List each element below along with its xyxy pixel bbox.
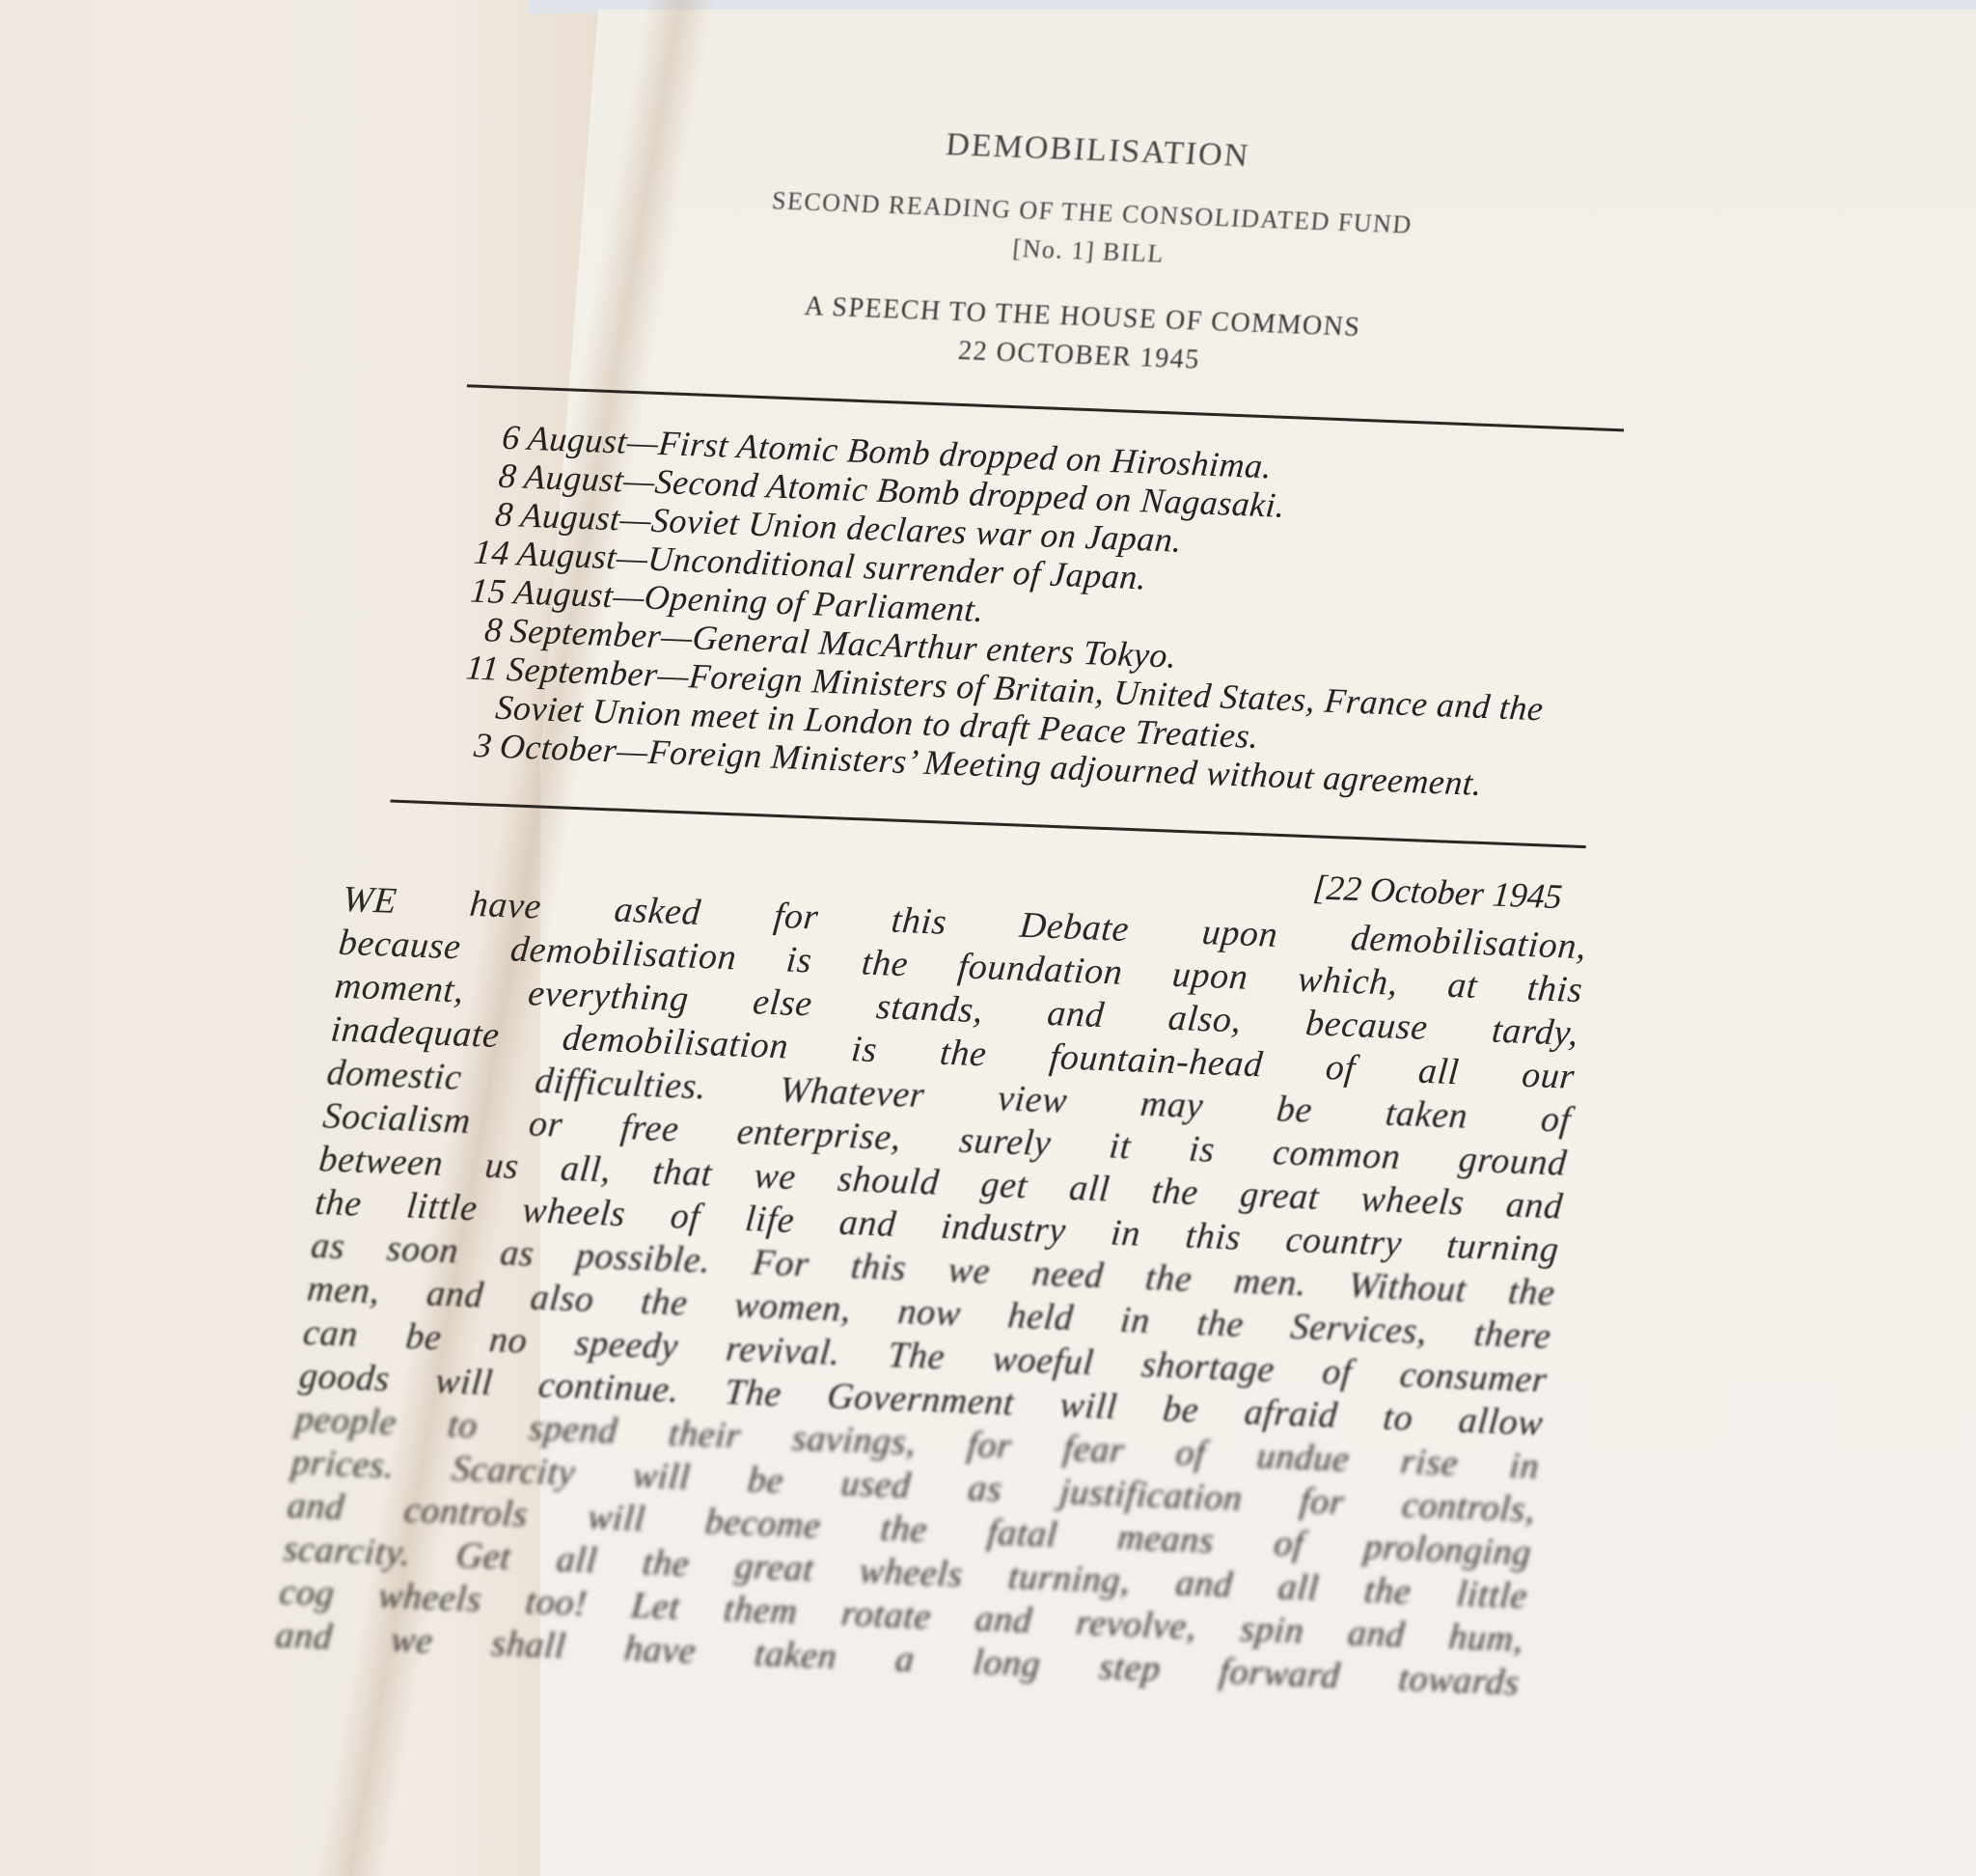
timeline-day: 11 [450, 648, 509, 688]
timeline-day: 8 [463, 493, 523, 534]
timeline-list: 6August—First Atomic Bomb dropped on Hir… [442, 417, 1650, 809]
page-content: DEMOBILISATION SECOND READING OF THE CON… [274, 106, 1784, 1710]
page-subtitle: SECOND READING OF THE CONSOLIDATED FUND … [518, 172, 1662, 292]
timeline-day: 8 [467, 455, 527, 495]
timeline-day: 6 [470, 417, 530, 457]
speech-heading: A SPEECH TO THE HOUSE OF COMMONS 22 OCTO… [508, 276, 1653, 397]
timeline-day: 3 [442, 725, 502, 765]
timeline-day: 15 [456, 570, 516, 611]
speech-body: WE have asked for this Debate upon demob… [274, 878, 1589, 1705]
timeline-day: 14 [459, 532, 519, 572]
timeline-day: 8 [453, 609, 512, 649]
heading-block: DEMOBILISATION SECOND READING OF THE CON… [508, 111, 1668, 398]
